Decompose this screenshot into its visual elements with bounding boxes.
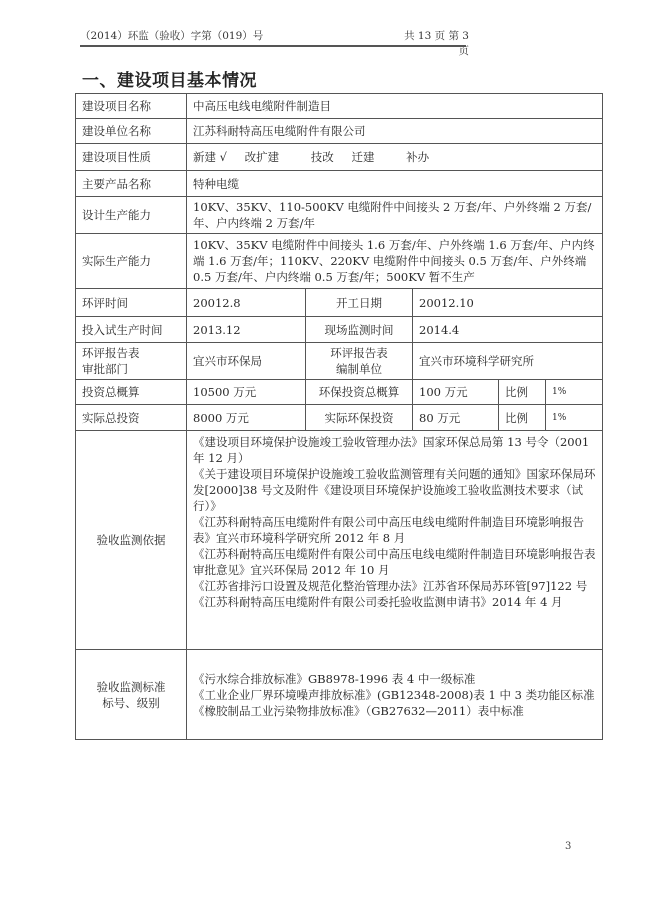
- approval-dept-value: 宜兴市环保局: [187, 343, 306, 380]
- project-name-label: 建设项目名称: [76, 94, 187, 119]
- table-row: 验收监测标准 标号、级别 《污水综合排放标准》GB8978-1996 表 4 中…: [76, 650, 603, 740]
- standard-item: 《工业企业厂界环境噪声排放标准》(GB12348-2008)表 1 中 3 类功…: [193, 687, 596, 703]
- table-row: 投入试生产时间 2013.12 现场监测时间 2014.4: [76, 317, 603, 343]
- standards-label: 验收监测标准 标号、级别: [76, 650, 187, 740]
- standards-label-line1: 验收监测标准: [82, 679, 180, 695]
- table-row: 建设项目性质 新建 √ 改扩建 技改 迁建 补办: [76, 144, 603, 171]
- project-nature-label: 建设项目性质: [76, 144, 187, 171]
- env-budget-ratio-value: 1%: [546, 380, 603, 405]
- standards-list: 《污水综合排放标准》GB8978-1996 表 4 中一级标准 《工业企业厂界环…: [187, 650, 603, 740]
- project-nature-options: 新建 √ 改扩建 技改 迁建 补办: [187, 144, 603, 171]
- basis-item: 《关于建设项目环境保护设施竣工验收监测管理有关问题的通知》国家环保局环发[200…: [193, 466, 596, 514]
- total-budget-value: 10500 万元: [187, 380, 306, 405]
- actual-capacity-value: 10KV、35KV 电缆附件中间接头 1.6 万套/年、户外终端 1.6 万套/…: [187, 234, 603, 289]
- total-budget-label: 投资总概算: [76, 380, 187, 405]
- option-expansion: 改扩建: [245, 150, 280, 164]
- env-budget-value: 100 万元: [413, 380, 499, 405]
- eia-time-value: 20012.8: [187, 289, 306, 317]
- table-row: 建设单位名称 江苏科耐特高压电缆附件有限公司: [76, 119, 603, 144]
- option-supplementary: 补办: [406, 150, 429, 164]
- standard-item: 《橡胶制品工业污染物排放标准》（GB27632—2011）表中标准: [193, 703, 596, 719]
- basis-label: 验收监测依据: [76, 431, 187, 650]
- page-number: 3: [565, 841, 571, 852]
- table-row: 实际生产能力 10KV、35KV 电缆附件中间接头 1.6 万套/年、户外终端 …: [76, 234, 603, 289]
- section-title: 一、建设项目基本情况: [82, 66, 257, 91]
- actual-capacity-label: 实际生产能力: [76, 234, 187, 289]
- approval-dept-label: 环评报告表 审批部门: [76, 343, 187, 380]
- basis-item: 《江苏科耐特高压电缆附件有限公司中高压电线电缆附件制造目环境影响报告表审批意见》…: [193, 546, 596, 578]
- start-date-label: 开工日期: [306, 289, 413, 317]
- basis-item: 《江苏科耐特高压电缆附件有限公司委托验收监测申请书》2014 年 4 月: [193, 594, 596, 610]
- table-row: 验收监测依据 《建设项目环境保护设施竣工验收管理办法》国家环保总局第 13 号令…: [76, 431, 603, 650]
- table-row: 建设项目名称 中高压电线电缆附件制造目: [76, 94, 603, 119]
- table-row: 投资总概算 10500 万元 环保投资总概算 100 万元 比例 1%: [76, 380, 603, 405]
- option-new-build-checked: 新建 √: [193, 150, 227, 164]
- basis-item: 《江苏省排污口设置及规范化整治管理办法》江苏省环保局苏环管[97]122 号: [193, 578, 596, 594]
- option-renovation: 技改: [311, 150, 334, 164]
- main-product-value: 特种电缆: [187, 171, 603, 197]
- table-row: 主要产品名称 特种电缆: [76, 171, 603, 197]
- monitor-time-label: 现场监测时间: [306, 317, 413, 343]
- prep-unit-label: 环评报告表 编制单位: [306, 343, 413, 380]
- table-row: 环评报告表 审批部门 宜兴市环保局 环评报告表 编制单位 宜兴市环境科学研究所: [76, 343, 603, 380]
- trial-time-label: 投入试生产时间: [76, 317, 187, 343]
- actual-env-ratio-value: 1%: [546, 405, 603, 431]
- env-budget-ratio-label: 比例: [499, 380, 546, 405]
- option-relocation: 迁建: [351, 150, 374, 164]
- monitor-time-value: 2014.4: [413, 317, 603, 343]
- trial-time-value: 2013.12: [187, 317, 306, 343]
- env-budget-label: 环保投资总概算: [306, 380, 413, 405]
- project-info-table: 建设项目名称 中高压电线电缆附件制造目 建设单位名称 江苏科耐特高压电缆附件有限…: [75, 93, 603, 740]
- design-capacity-label: 设计生产能力: [76, 197, 187, 234]
- basis-item: 《江苏科耐特高压电缆附件有限公司中高压电线电缆附件制造目环境影响报告表》宜兴市环…: [193, 514, 596, 546]
- basis-list: 《建设项目环境保护设施竣工验收管理办法》国家环保总局第 13 号令（2001 年…: [187, 431, 603, 650]
- table-row: 设计生产能力 10KV、35KV、110-500KV 电缆附件中间接头 2 万套…: [76, 197, 603, 234]
- approval-dept-label-line2: 审批部门: [82, 361, 180, 377]
- main-product-label: 主要产品名称: [76, 171, 187, 197]
- actual-env-label: 实际环保投资: [306, 405, 413, 431]
- actual-total-value: 8000 万元: [187, 405, 306, 431]
- standard-item: 《污水综合排放标准》GB8978-1996 表 4 中一级标准: [193, 671, 596, 687]
- header-divider: [80, 45, 466, 47]
- basis-item: 《建设项目环境保护设施竣工验收管理办法》国家环保总局第 13 号令（2001 年…: [193, 434, 596, 466]
- eia-time-label: 环评时间: [76, 289, 187, 317]
- project-name-value: 中高压电线电缆附件制造目: [187, 94, 603, 119]
- unit-name-label: 建设单位名称: [76, 119, 187, 144]
- design-capacity-value: 10KV、35KV、110-500KV 电缆附件中间接头 2 万套/年、户外终端…: [187, 197, 603, 234]
- approval-dept-label-line1: 环评报告表: [82, 345, 180, 361]
- prep-unit-label-line2: 编制单位: [312, 361, 406, 377]
- actual-env-ratio-label: 比例: [499, 405, 546, 431]
- prep-unit-value: 宜兴市环境科学研究所: [413, 343, 603, 380]
- actual-total-label: 实际总投资: [76, 405, 187, 431]
- prep-unit-label-line1: 环评报告表: [312, 345, 406, 361]
- table-row: 实际总投资 8000 万元 实际环保投资 80 万元 比例 1%: [76, 405, 603, 431]
- start-date-value: 20012.10: [413, 289, 603, 317]
- page-info: 共 13 页 第 3 页: [393, 28, 469, 58]
- actual-env-value: 80 万元: [413, 405, 499, 431]
- standards-label-line2: 标号、级别: [82, 695, 180, 711]
- table-row: 环评时间 20012.8 开工日期 20012.10: [76, 289, 603, 317]
- unit-name-value: 江苏科耐特高压电缆附件有限公司: [187, 119, 603, 144]
